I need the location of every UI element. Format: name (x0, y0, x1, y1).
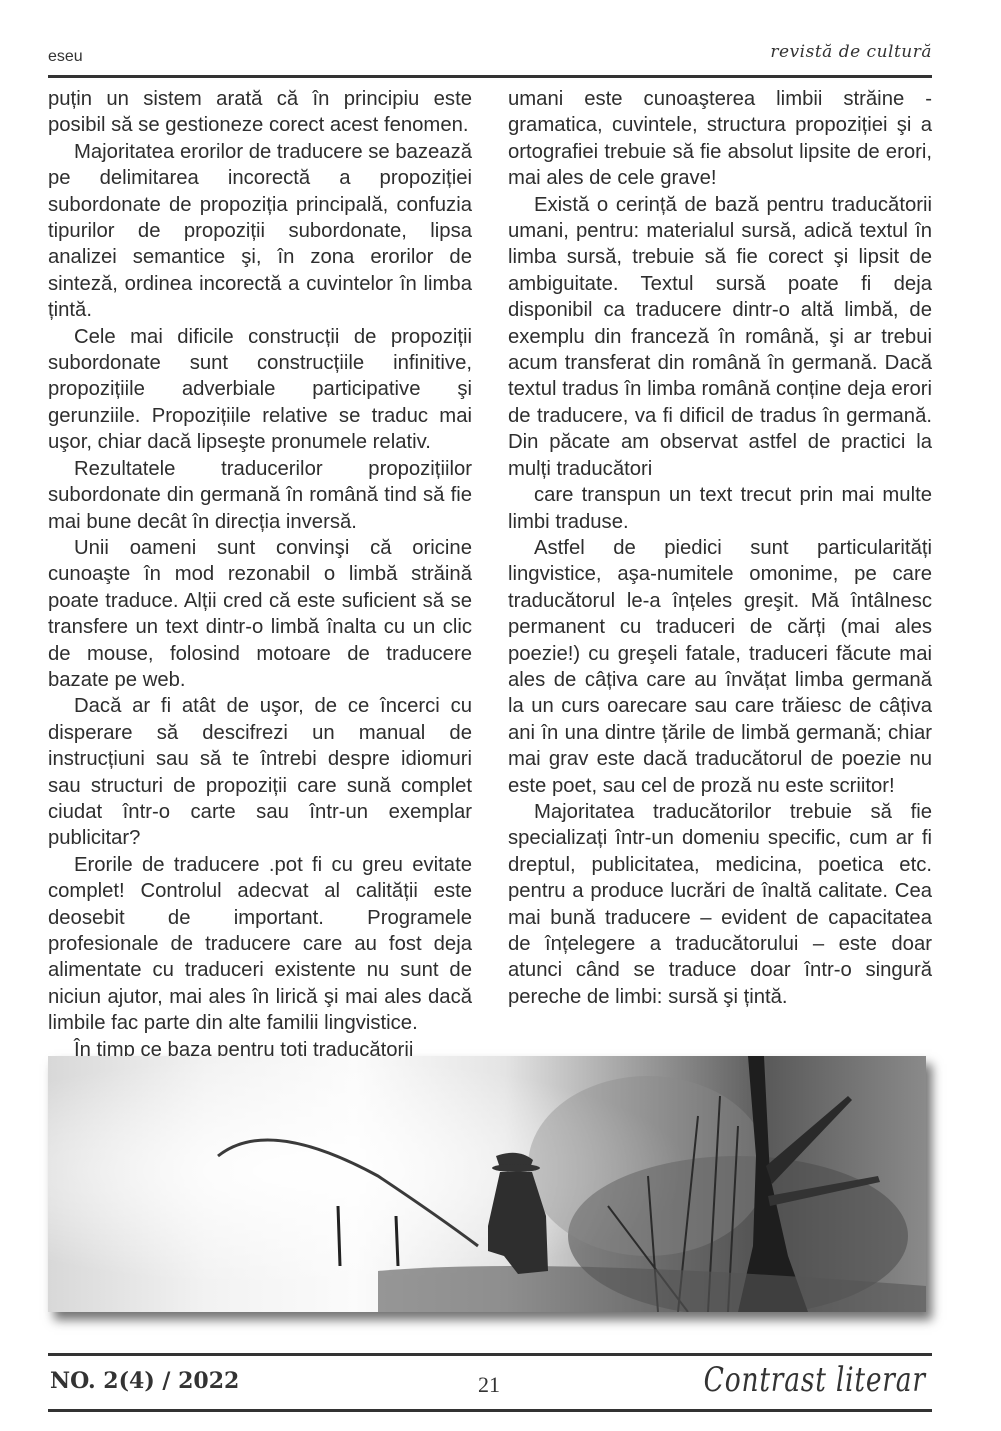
issue-number: NO. 2(4) / 2022 (50, 1368, 239, 1394)
fisherman-illustration (48, 1056, 926, 1312)
paragraph: care transpun un text trecut prin mai mu… (508, 482, 932, 535)
paragraph: Cele mai dificile construcții de propozi… (48, 324, 472, 456)
paragraph: Erorile de traducere .pot fi cu greu evi… (48, 852, 472, 1037)
article-column-left: puțin un sistem arată că în principiu es… (48, 86, 472, 1063)
article-column-right: umani este cunoaşterea limbii străine - … (508, 86, 932, 1010)
fisherman-sketch-icon (48, 1056, 926, 1312)
paragraph: Majoritatea traducătorilor trebuie să fi… (508, 799, 932, 1010)
paragraph: Există o cerință de bază pentru traducăt… (508, 192, 932, 482)
paragraph: Dacă ar fi atât de uşor, de ce încerci c… (48, 693, 472, 851)
paragraph: Rezultatele traducerilor propozițiilor s… (48, 456, 472, 535)
paragraph: Majoritatea erorilor de traducere se baz… (48, 139, 472, 324)
page-header: eseu revistă de cultură (48, 40, 932, 76)
magazine-logo: Contrast literar (704, 1360, 926, 1400)
footer-divider-bottom (48, 1409, 932, 1412)
footer-divider-top (48, 1353, 932, 1356)
paragraph: umani este cunoaşterea limbii străine - … (508, 86, 932, 192)
magazine-tagline: revistă de cultură (770, 42, 932, 62)
paragraph: Astfel de piedici sunt particularități l… (508, 535, 932, 799)
page-number: 21 (478, 1372, 500, 1398)
paragraph: Unii oameni sunt convinşi că oricine cun… (48, 535, 472, 693)
header-divider (48, 75, 932, 78)
paragraph: puțin un sistem arată că în principiu es… (48, 86, 472, 139)
section-label: eseu (48, 48, 83, 66)
